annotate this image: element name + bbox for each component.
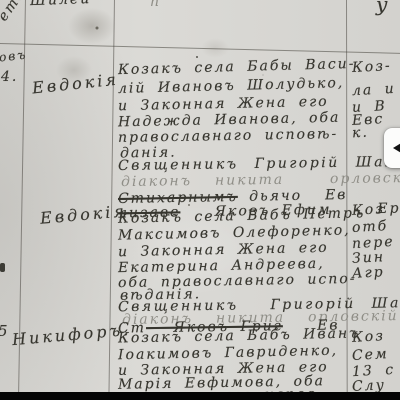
- entry1-child-name: Евдокія: [31, 71, 119, 96]
- entry1-deacon-line: діаконъ никита орловскій: [121, 171, 400, 189]
- entry1-godparents-line1: Коз-: [352, 59, 392, 75]
- left-arrow-icon: [393, 140, 400, 156]
- entry3-godparents-line4: Слу: [352, 378, 386, 392]
- manuscript-page: ета Шилей п у овъ 4. Евдокія Козакъ села…: [0, 0, 400, 392]
- edge-ink-mark: [0, 263, 5, 272]
- entry1-body-line5: православнаго исповѣ-: [118, 127, 338, 145]
- header-right-flourish: у: [376, 0, 390, 14]
- entry1-margin-word: овъ: [0, 49, 28, 64]
- entry3-godparents-line3: 13 с: [352, 363, 396, 379]
- paper-specks: [196, 56, 198, 58]
- entry3-godparents-line2: Сем: [352, 347, 389, 363]
- entry2-godparents-line2: отб: [352, 219, 389, 235]
- entry3-godparents-line1: Коз: [352, 329, 386, 345]
- entry1-margin-number: 4.: [1, 70, 18, 84]
- entry2-godparents-line3: пере: [352, 235, 395, 251]
- entry3-child-name: Никифоръ.: [12, 322, 132, 348]
- header-row-divider: [0, 43, 400, 54]
- entry1-godparents-line5: к.: [352, 126, 370, 141]
- entry1-body-line1: Козакъ села Бабы Васи-: [118, 57, 356, 77]
- previous-image-button[interactable]: [384, 128, 400, 168]
- entry1-body-line2: лій Ивановъ Шолудько,: [118, 76, 345, 96]
- entry3-margin-number: 5: [0, 324, 10, 339]
- entry2-godparents-line1: Коз: [352, 202, 386, 218]
- header-main-column-fragment: п: [150, 0, 161, 9]
- letterbox-bottom-bar: [0, 392, 400, 400]
- entry1-godparents-line2: ла и: [352, 82, 396, 98]
- entry2-godparents-line5: Агр: [352, 265, 385, 281]
- image-viewer: ета Шилей п у овъ 4. Евдокія Козакъ села…: [0, 0, 400, 400]
- header-name-column-fragment: Шилей: [30, 0, 92, 8]
- entry2-child-name: Евдокія: [39, 203, 127, 227]
